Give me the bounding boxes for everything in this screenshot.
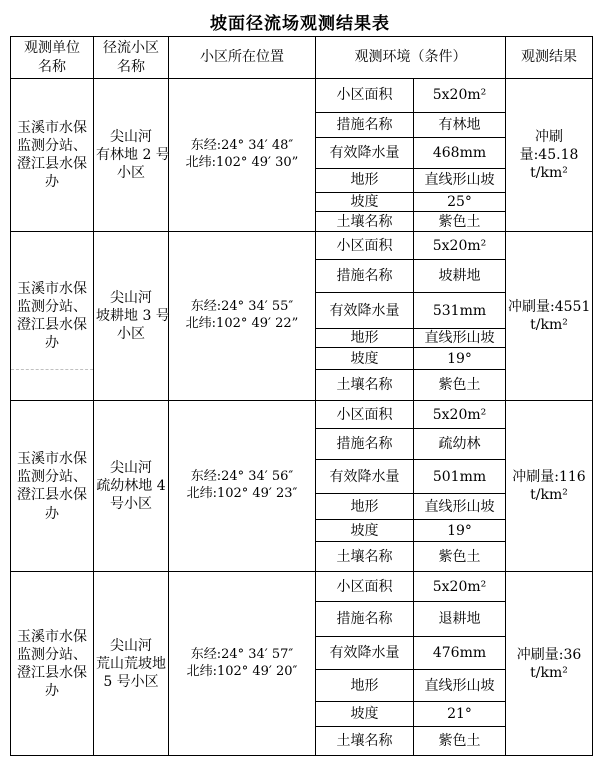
header-line: 径流小区 <box>96 39 166 57</box>
env-value-cell: 紫色土 <box>414 727 506 756</box>
plot-line: 坡耕地 3 号 <box>96 307 166 325</box>
plot-name-cell: 尖山河 疏幼林地 4 号小区 <box>94 401 169 572</box>
result-line: 冲刷量:4551 <box>508 298 590 316</box>
unit-line: 澄江县水保 <box>13 486 91 504</box>
env-value-cell: 直线形山坡 <box>414 494 506 520</box>
env-label-cell: 地形 <box>316 329 414 348</box>
env-label-cell: 小区面积 <box>316 79 414 113</box>
header-line: 名称 <box>96 58 166 76</box>
observation-table: 观测单位 名称 径流小区 名称 小区所在位置 观测环境（条件） 观测结果 玉溪市… <box>10 36 593 756</box>
env-value-cell: 531mm <box>414 293 506 329</box>
unit-cell: 玉溪市水保 监测分站、 澄江县水保 办 <box>11 232 94 401</box>
env-label-cell: 措施名称 <box>316 602 414 637</box>
result-cell: 冲刷量:36 t/km² <box>506 572 593 756</box>
env-value-cell: 19° <box>414 520 506 542</box>
col-header-environment: 观测环境（条件） <box>316 37 506 79</box>
unit-cell: 玉溪市水保 监测分站、 澄江县水保 办 <box>11 401 94 572</box>
plot-line: 尖山河 <box>96 128 166 146</box>
location-cell: 东经:24° 34′ 48″ 北纬:102° 49′ 30” <box>169 79 316 232</box>
document-title: 坡面径流场观测结果表 <box>0 0 600 36</box>
env-label-cell: 措施名称 <box>316 113 414 138</box>
env-label-cell: 地形 <box>316 670 414 702</box>
env-label-cell: 坡度 <box>316 520 414 542</box>
plot-line: 荒山荒坡地 <box>96 655 166 673</box>
env-value-cell: 501mm <box>414 460 506 494</box>
env-label-cell: 地形 <box>316 494 414 520</box>
location-line-north: 北纬:102° 49′ 23″ <box>171 486 313 503</box>
env-value-cell: 直线形山坡 <box>414 670 506 702</box>
result-line: 量:45.18 <box>508 146 590 164</box>
location-line-east: 东经:24° 34′ 57″ <box>171 647 313 664</box>
env-label-cell: 小区面积 <box>316 572 414 602</box>
col-header-result: 观测结果 <box>506 37 593 79</box>
env-value-cell: 476mm <box>414 637 506 670</box>
plot-name-cell: 尖山河 荒山荒坡地 5 号小区 <box>94 572 169 756</box>
env-value-cell: 退耕地 <box>414 602 506 637</box>
unit-line: 玉溪市水保 <box>13 119 91 137</box>
result-line: t/km² <box>508 316 590 334</box>
result-cell: 冲刷 量:45.18 t/km² <box>506 79 593 232</box>
header-row: 观测单位 名称 径流小区 名称 小区所在位置 观测环境（条件） 观测结果 <box>11 37 593 79</box>
env-value-cell: 有林地 <box>414 113 506 138</box>
unit-line: 监测分站、 <box>13 468 91 486</box>
unit-cell: 玉溪市水保 监测分站、 澄江县水保 办 <box>11 79 94 232</box>
location-line-east: 东经:24° 34′ 56″ <box>171 469 313 486</box>
header-line: 名称 <box>13 58 91 76</box>
plot-line: 小区 <box>96 325 166 343</box>
env-value-cell: 坡耕地 <box>414 260 506 293</box>
unit-line: 玉溪市水保 <box>13 280 91 298</box>
table-row: 玉溪市水保 监测分站、 澄江县水保 办 尖山河 坡耕地 3 号 小区 东经:24… <box>11 232 593 260</box>
plot-line: 有林地 2 号 <box>96 146 166 164</box>
plot-name-cell: 尖山河 有林地 2 号 小区 <box>94 79 169 232</box>
env-value-cell: 468mm <box>414 138 506 169</box>
env-label-cell: 土壤名称 <box>316 212 414 232</box>
location-line-north: 北纬:102° 49′ 30” <box>171 155 313 172</box>
col-header-unit: 观测单位 名称 <box>11 37 94 79</box>
plot-line: 疏幼林地 4 <box>96 477 166 495</box>
env-value-cell: 紫色土 <box>414 212 506 232</box>
env-value-cell: 紫色土 <box>414 542 506 572</box>
unit-line: 澄江县水保 <box>13 316 91 334</box>
unit-line: 澄江县水保 <box>13 664 91 682</box>
env-value-cell: 5x20m² <box>414 572 506 602</box>
unit-line: 玉溪市水保 <box>13 450 91 468</box>
table-row: 玉溪市水保 监测分站、 澄江县水保 办 尖山河 荒山荒坡地 5 号小区 东经:2… <box>11 572 593 602</box>
unit-line: 办 <box>13 505 91 523</box>
location-line-east: 东经:24° 34′ 48″ <box>171 138 313 155</box>
env-value-cell: 5x20m² <box>414 79 506 113</box>
col-header-plot: 径流小区 名称 <box>94 37 169 79</box>
plot-line: 号小区 <box>96 495 166 513</box>
result-line: t/km² <box>508 664 590 682</box>
env-value-cell: 直线形山坡 <box>414 329 506 348</box>
faint-dashed-line <box>11 369 93 370</box>
env-label-cell: 地形 <box>316 169 414 193</box>
env-value-cell: 5x20m² <box>414 232 506 260</box>
env-label-cell: 土壤名称 <box>316 370 414 401</box>
env-label-cell: 有效降水量 <box>316 138 414 169</box>
location-line-north: 北纬:102° 49′ 22” <box>171 316 313 333</box>
env-value-cell: 19° <box>414 348 506 370</box>
result-line: 冲刷 <box>508 128 590 146</box>
result-line: t/km² <box>508 164 590 182</box>
result-cell: 冲刷量:4551 t/km² <box>506 232 593 401</box>
env-value-cell: 5x20m² <box>414 401 506 429</box>
unit-line: 办 <box>13 173 91 191</box>
plot-line: 5 号小区 <box>96 673 166 691</box>
table-row: 玉溪市水保 监测分站、 澄江县水保 办 尖山河 疏幼林地 4 号小区 东经:24… <box>11 401 593 429</box>
env-label-cell: 有效降水量 <box>316 460 414 494</box>
document-page: 坡面径流场观测结果表 观测单位 名称 径流小区 名称 小区所在位置 观测环境（条… <box>0 0 600 762</box>
env-label-cell: 有效降水量 <box>316 637 414 670</box>
env-label-cell: 措施名称 <box>316 260 414 293</box>
unit-line: 玉溪市水保 <box>13 628 91 646</box>
env-value-cell: 25° <box>414 193 506 212</box>
unit-line: 监测分站、 <box>13 137 91 155</box>
unit-cell: 玉溪市水保 监测分站、 澄江县水保 办 <box>11 572 94 756</box>
env-value-cell: 疏幼林 <box>414 429 506 460</box>
env-value-cell: 直线形山坡 <box>414 169 506 193</box>
unit-line: 澄江县水保 <box>13 155 91 173</box>
col-header-location: 小区所在位置 <box>169 37 316 79</box>
location-cell: 东经:24° 34′ 55″ 北纬:102° 49′ 22” <box>169 232 316 401</box>
location-line-east: 东经:24° 34′ 55″ <box>171 299 313 316</box>
plot-line: 尖山河 <box>96 459 166 477</box>
unit-line: 监测分站、 <box>13 646 91 664</box>
result-cell: 冲刷量:116 t/km² <box>506 401 593 572</box>
table-row: 玉溪市水保 监测分站、 澄江县水保 办 尖山河 有林地 2 号 小区 东经:24… <box>11 79 593 113</box>
plot-line: 小区 <box>96 164 166 182</box>
env-label-cell: 坡度 <box>316 702 414 727</box>
location-cell: 东经:24° 34′ 57″ 北纬:102° 49′ 20″ <box>169 572 316 756</box>
result-line: t/km² <box>508 486 590 504</box>
env-label-cell: 土壤名称 <box>316 542 414 572</box>
env-value-cell: 21° <box>414 702 506 727</box>
unit-line: 监测分站、 <box>13 298 91 316</box>
env-label-cell: 小区面积 <box>316 232 414 260</box>
env-label-cell: 土壤名称 <box>316 727 414 756</box>
plot-line: 尖山河 <box>96 289 166 307</box>
env-label-cell: 坡度 <box>316 193 414 212</box>
location-cell: 东经:24° 34′ 56″ 北纬:102° 49′ 23″ <box>169 401 316 572</box>
env-label-cell: 有效降水量 <box>316 293 414 329</box>
location-line-north: 北纬:102° 49′ 20″ <box>171 664 313 681</box>
unit-line: 办 <box>13 334 91 352</box>
plot-line: 尖山河 <box>96 637 166 655</box>
unit-line: 办 <box>13 682 91 700</box>
result-line: 冲刷量:36 <box>508 646 590 664</box>
env-value-cell: 紫色土 <box>414 370 506 401</box>
env-label-cell: 坡度 <box>316 348 414 370</box>
result-line: 冲刷量:116 <box>508 468 590 486</box>
env-label-cell: 小区面积 <box>316 401 414 429</box>
env-label-cell: 措施名称 <box>316 429 414 460</box>
header-line: 观测单位 <box>13 39 91 57</box>
plot-name-cell: 尖山河 坡耕地 3 号 小区 <box>94 232 169 401</box>
